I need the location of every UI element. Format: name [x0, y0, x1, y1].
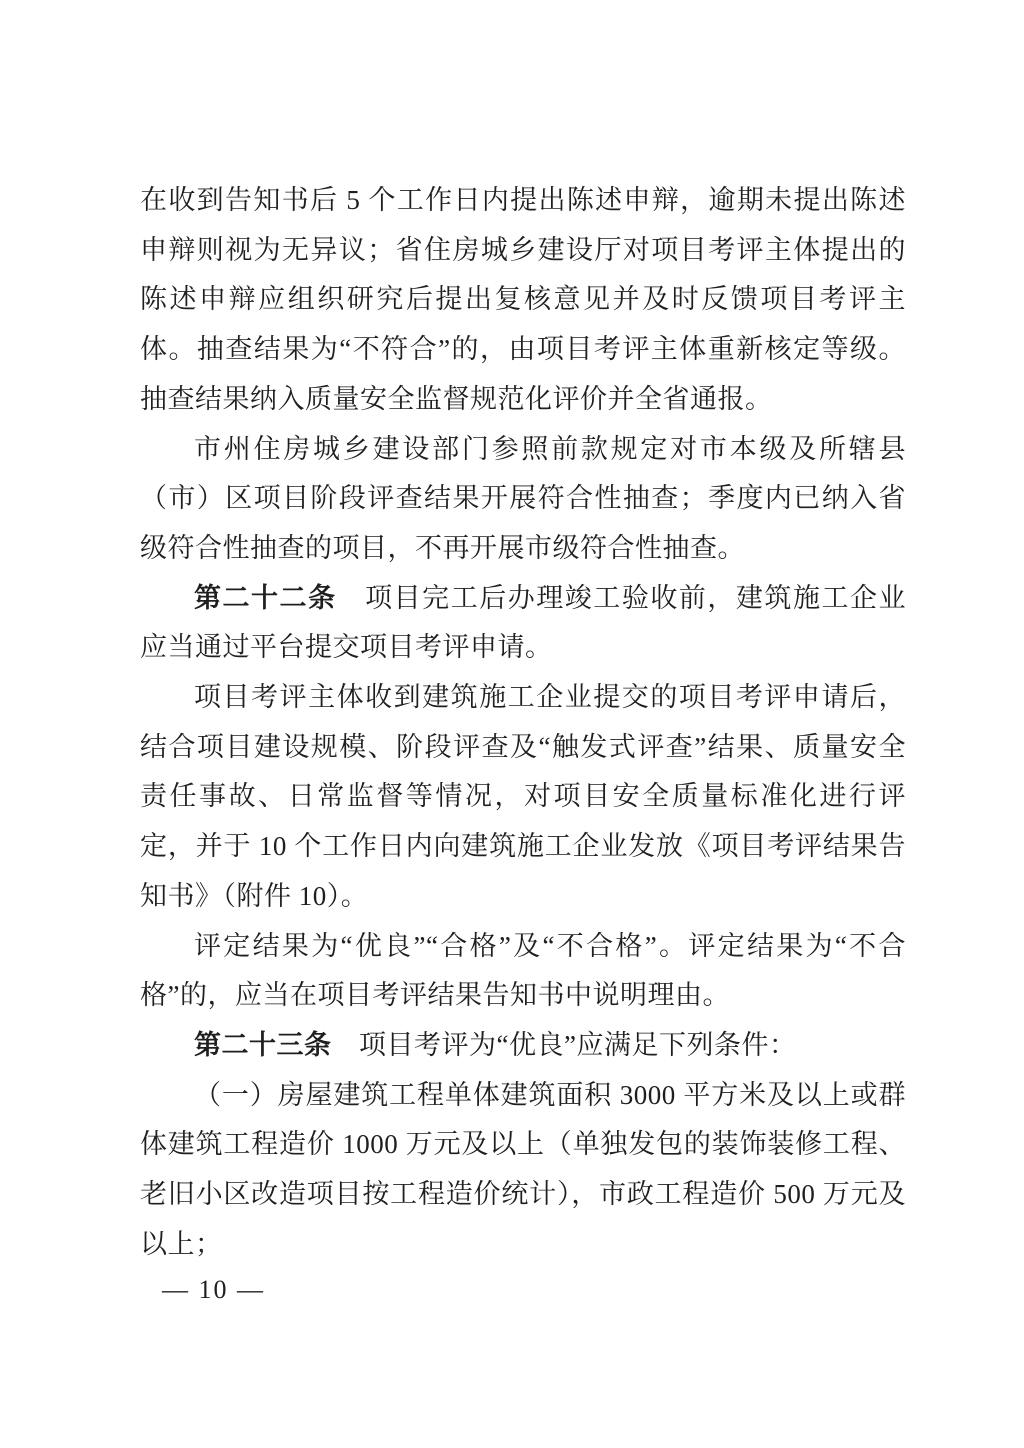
- article-22-term: 第二十二条: [194, 583, 337, 613]
- page-number: — 10 —: [162, 1270, 265, 1310]
- paragraph-continuation: 在收到告知书后 5 个工作日内提出陈述申辩，逾期未提出陈述申辩则视为无异议；省住…: [140, 176, 906, 425]
- document-page: 在收到告知书后 5 个工作日内提出陈述申辩，逾期未提出陈述申辩则视为无异议；省住…: [0, 0, 1024, 1448]
- article-23-term: 第二十三条: [194, 1030, 332, 1060]
- paragraph-city-spot-check: 市州住房城乡建设部门参照前款规定对市本级及所辖县（市）区项目阶段评查结果开展符合…: [140, 425, 906, 574]
- paragraph-article-23: 第二十三条 项目考评为“优良”应满足下列条件：: [140, 1021, 906, 1071]
- document-body: 在收到告知书后 5 个工作日内提出陈述申辩，逾期未提出陈述申辩则视为无异议；省住…: [140, 176, 906, 1269]
- paragraph-article-22: 第二十二条 项目完工后办理竣工验收前，建筑施工企业应当通过平台提交项目考评申请。: [140, 574, 906, 673]
- paragraph-condition-one: （一）房屋建筑工程单体建筑面积 3000 平方米及以上或群体建筑工程造价 100…: [140, 1071, 906, 1270]
- article-23-text: 项目考评为“优良”应满足下列条件：: [332, 1030, 797, 1060]
- paragraph-evaluation-process: 项目考评主体收到建筑施工企业提交的项目考评申请后，结合项目建设规模、阶段评查及“…: [140, 673, 906, 922]
- paragraph-result-grades: 评定结果为“优良”“合格”及“不合格”。评定结果为“不合格”的，应当在项目考评结…: [140, 922, 906, 1021]
